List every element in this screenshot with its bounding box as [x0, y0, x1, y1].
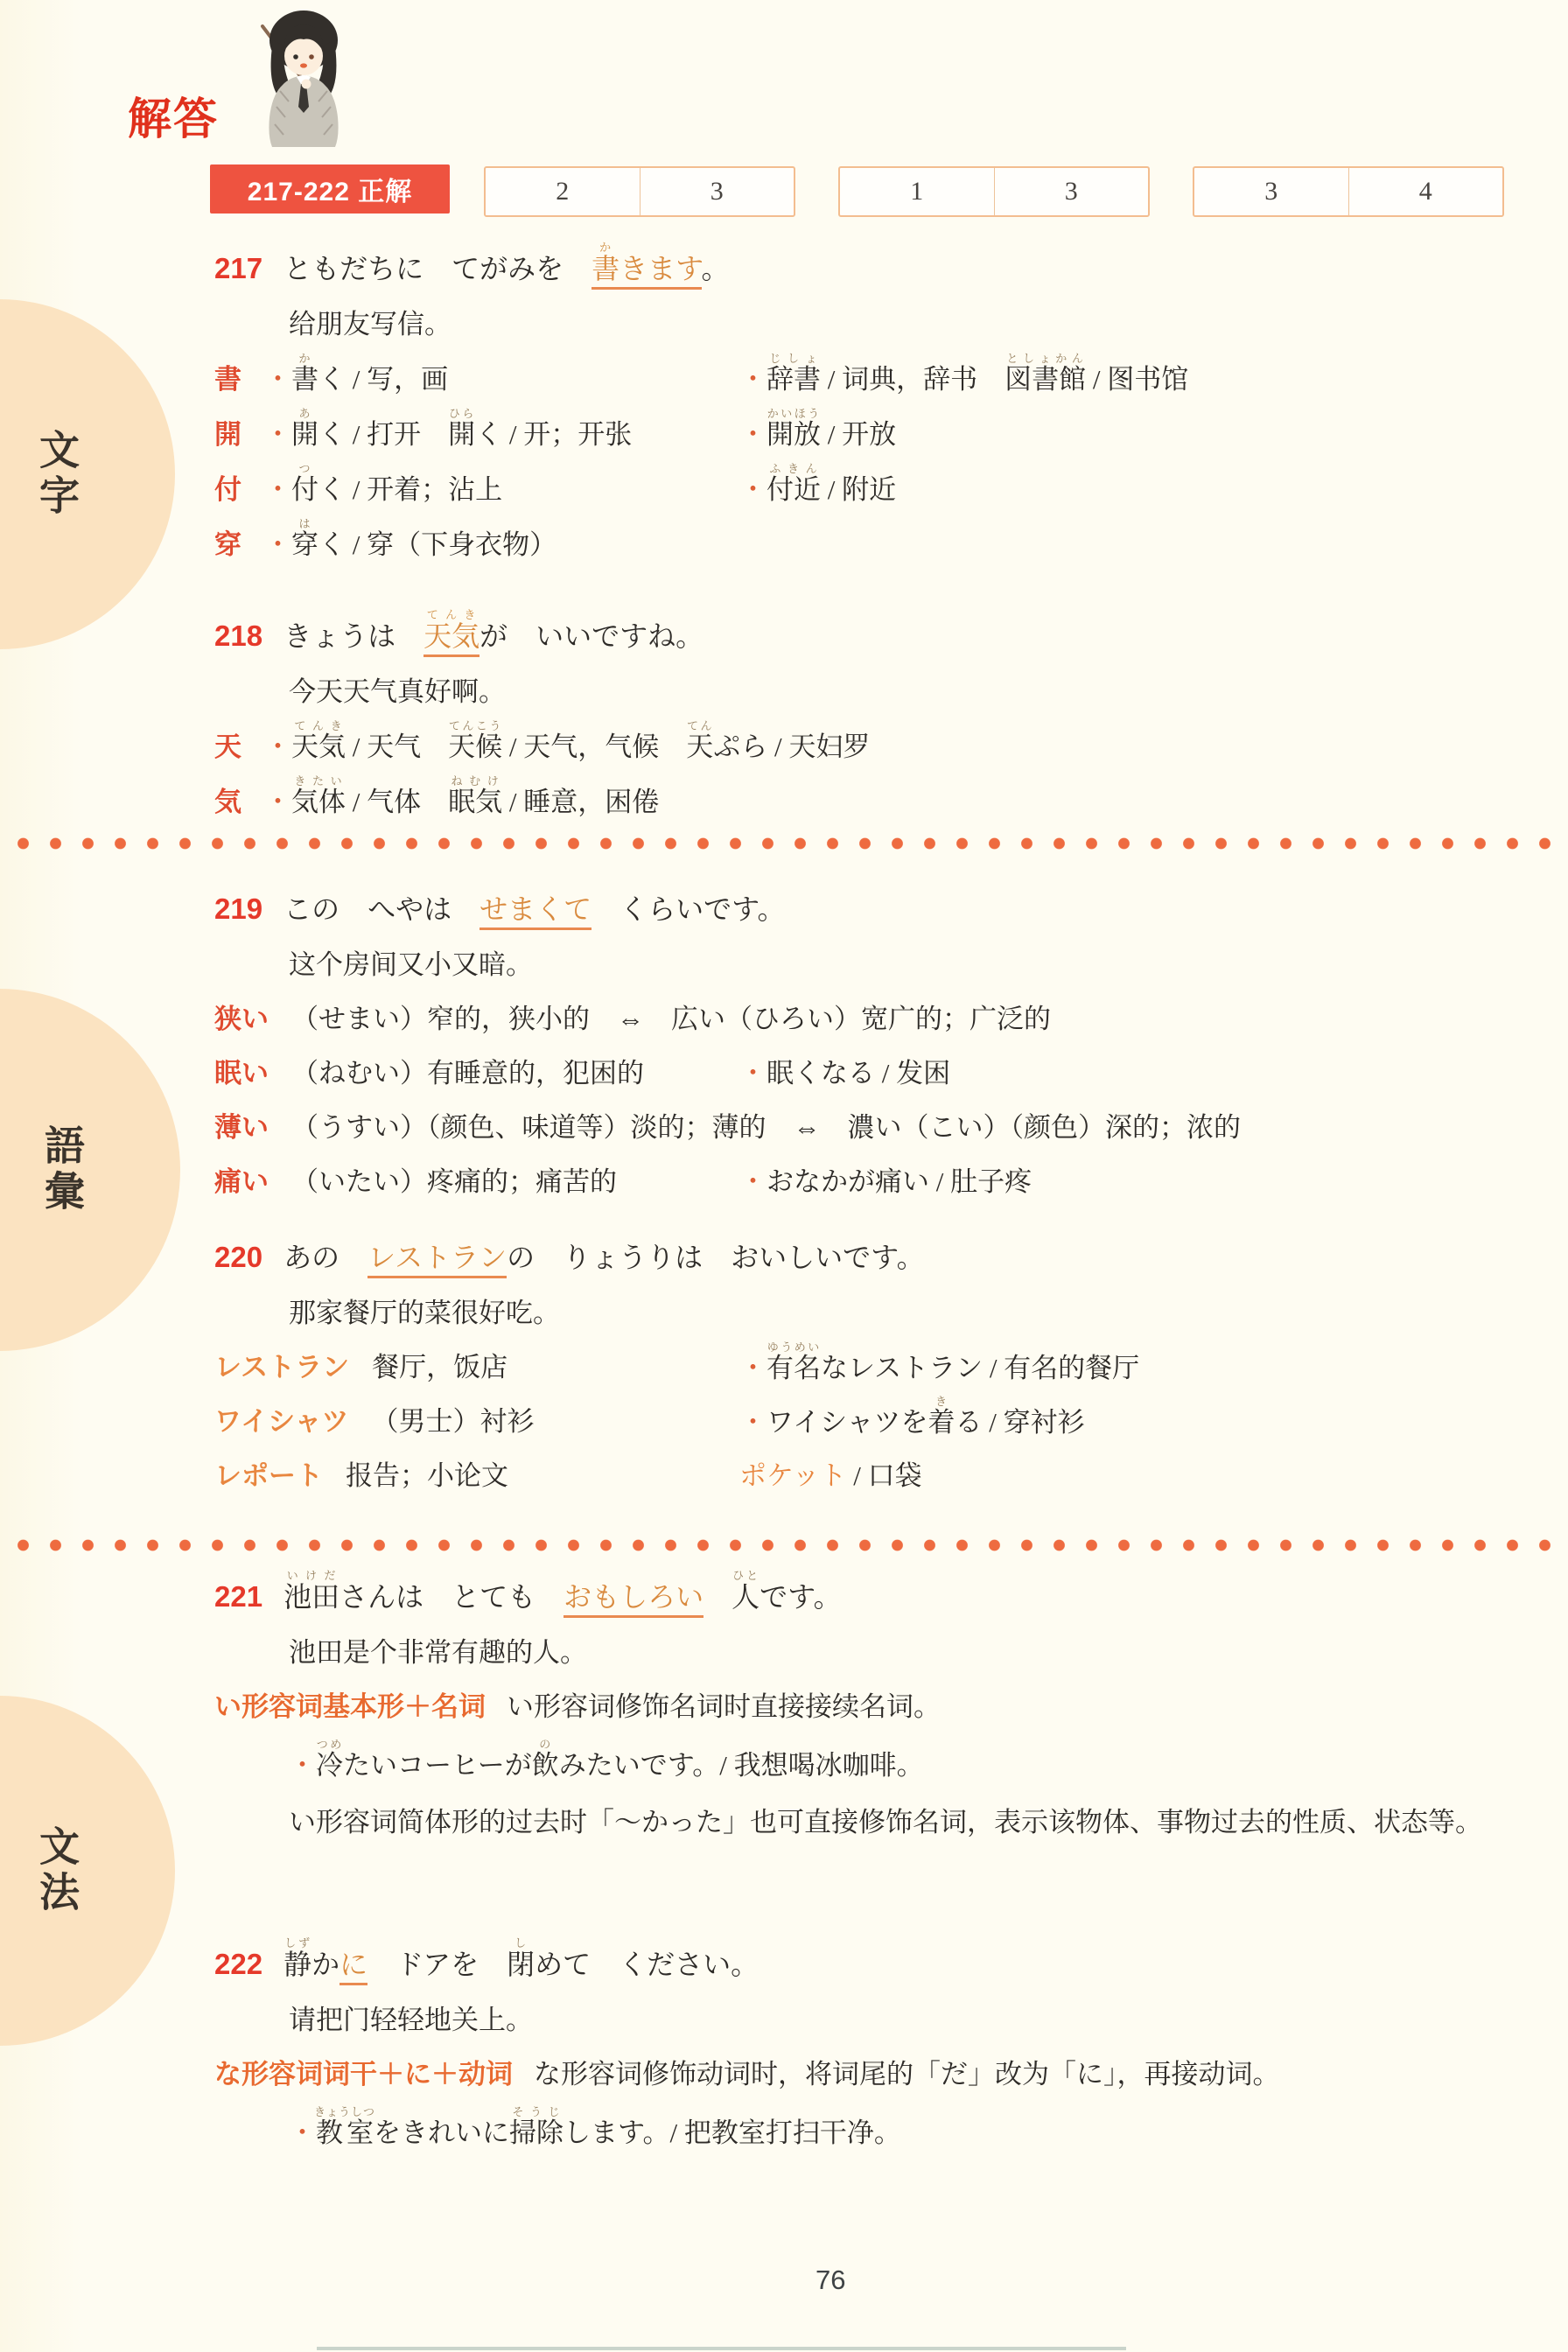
- question-translation: 那家餐厅的菜很好吃。: [289, 1293, 1518, 1333]
- vocab-entry: ・穿はく / 穿（下身衣物）: [264, 529, 556, 560]
- vocab-row: 書・書かく / 写，画・辞書じしょ / 词典，辞书 図書館としょかん / 图书馆: [214, 352, 1518, 407]
- vocab-entry: （ねむい）有睡意的，犯困的: [291, 1058, 644, 1088]
- vocab-entry: ・天気てんき / 天气 天候てんこう / 天气，气候 天てんぷら / 天妇罗: [264, 731, 870, 762]
- question-translation: 池田是个非常有趣的人。: [289, 1633, 1518, 1673]
- question-217: 217ともだちに てがみを 書かきます。给朋友写信。書・書かく / 写，画・辞書…: [214, 234, 1518, 572]
- vocab-entry: ポケット / 口袋: [739, 1449, 922, 1503]
- vocab-entry: ・おなかが痛い / 肚子疼: [739, 1155, 1032, 1209]
- example-sentence: ・冷つめたいコーヒーが飲のみたいです。/ 我想喝冰咖啡。: [289, 1734, 1518, 1797]
- question-number: 222: [214, 1948, 262, 1980]
- vocab-entry: ・付つく / 开着；沾上: [264, 474, 502, 505]
- question-220: 220あの レストランの りょうりは おいしいです。那家餐厅的菜很好吃。レストラ…: [214, 1223, 1518, 1503]
- example-sentence: ・教室きょうしつをきれいに掃除そうじします。/ 把教室打扫干净。: [289, 2102, 1518, 2165]
- vocab-headword: 狭い: [214, 992, 269, 1046]
- vocab-headword: ワイシャツ: [214, 1395, 348, 1449]
- vocab-headword: 気: [214, 775, 241, 829]
- vocab-headword: レストラン: [214, 1340, 349, 1395]
- sidebar-tab-label: 語彙: [33, 1124, 91, 1215]
- vocab-headword: 天: [214, 720, 241, 774]
- vocab-entry: ・有名ゆうめいなレストラン / 有名的餐厅: [739, 1340, 1139, 1396]
- vocab-headword: 書: [214, 353, 241, 407]
- question-218: 218きょうは 天気てんきが いいですね。今天天气真好啊。天・天気てんき / 天…: [214, 602, 1518, 829]
- vocab-row: 天・天気てんき / 天气 天候てんこう / 天气，气候 天てんぷら / 天妇罗: [214, 719, 1518, 774]
- question-number: 217: [214, 252, 262, 284]
- question-221: 221池田いけださんは とても おもしろい 人ひとです。池田是个非常有趣的人。い…: [214, 1563, 1518, 1848]
- answer-cell: 3: [995, 168, 1149, 215]
- teacher-illustration: [238, 3, 369, 157]
- question-sentence: 221池田いけださんは とても おもしろい 人ひとです。: [214, 1563, 1518, 1631]
- question-sentence: 218きょうは 天気てんきが いいですね。: [214, 602, 1518, 670]
- vocab-entry: ・開放かいほう / 开放: [739, 407, 896, 462]
- vocab-entry: ・付近ふきん / 附近: [739, 462, 896, 517]
- sentence-text: あの レストランの りょうりは おいしいです。: [283, 1242, 925, 1278]
- vocab-row: 付・付つく / 开着；沾上・付近ふきん / 附近: [214, 462, 1518, 517]
- question-sentence: 219この へやは せまくて くらいです。: [214, 875, 1518, 943]
- vocab-row: 眠い（ねむい）有睡意的，犯困的・眠くなる / 发困: [214, 1046, 1518, 1101]
- page-bottom-mark: [317, 2347, 1126, 2350]
- vocab-row: ワイシャツ（男士）衬衫・ワイシャツを着きる / 穿衬衫: [214, 1395, 1518, 1449]
- answer-cell: 3: [1194, 168, 1349, 215]
- vocab-entry: ・書かく / 写，画: [264, 364, 448, 395]
- answer-cell: 4: [1349, 168, 1503, 215]
- sentence-text: ともだちに てがみを 書かきます。: [283, 253, 730, 290]
- page-number: 76: [815, 2264, 845, 2296]
- sidebar-tab-bunpo: 文法: [0, 1696, 175, 2046]
- vocab-row: 穿・穿はく / 穿（下身衣物）: [214, 517, 1518, 572]
- answer-cell: 1: [840, 168, 995, 215]
- grammar-rule: い形容词基本形＋名词い形容词修饰名词时直接接续名词。: [214, 1680, 1518, 1734]
- vocab-entry: （いたい）疼痛的；痛苦的: [291, 1166, 617, 1197]
- explanation-paragraph: い形容词简体形的过去时「～かった」也可直接修饰名词，表示该物体、事物过去的性质、…: [289, 1797, 1496, 1848]
- vocab-entry: ・開あく / 打开 開ひらく / 开；开张: [264, 419, 632, 450]
- dotted-divider: [0, 833, 1568, 854]
- question-translation: 请把门轻轻地关上。: [289, 2000, 1518, 2040]
- answer-box-1: 2 3: [484, 166, 795, 217]
- vocab-entry: ・眠くなる / 发困: [739, 1046, 950, 1101]
- question-222: 222静しずかに ドアを 閉しめて ください。请把门轻轻地关上。な形容词词干＋に…: [214, 1930, 1518, 2165]
- vocab-row: 気・気体きたい / 气体 眠気ねむけ / 睡意，困倦: [214, 774, 1518, 829]
- sentence-text: この へやは せまくて くらいです。: [283, 893, 785, 930]
- vocab-entry: ・辞書じしょ / 词典，辞书 図書館としょかん / 图书馆: [739, 352, 1188, 407]
- sidebar-tab-moji: 文字: [0, 299, 175, 649]
- vocab-entry: （うすい）（颜色、味道等）淡的；薄的 ⇔ 濃い（こい）（颜色）深的；浓的: [291, 1112, 1241, 1143]
- vocab-entry: ・気体きたい / 气体 眠気ねむけ / 睡意，困倦: [264, 787, 659, 817]
- vocab-headword: 開: [214, 408, 241, 462]
- vocab-headword: 薄い: [214, 1101, 269, 1155]
- grammar-pattern-label: い形容词基本形＋名词: [214, 1691, 486, 1722]
- sidebar-tab-label: 文字: [28, 429, 86, 520]
- grammar-explanation: い形容词修饰名词时直接接续名词。: [507, 1691, 941, 1722]
- vocab-entry: 餐厅，饭店: [372, 1352, 507, 1382]
- vocab-row: 痛い（いたい）疼痛的；痛苦的・おなかが痛い / 肚子疼: [214, 1155, 1518, 1209]
- sentence-text: 静しずかに ドアを 閉しめて ください。: [283, 1949, 759, 1985]
- answer-key-label: 217-222 正解: [210, 164, 450, 213]
- question-translation: 这个房间又小又暗。: [289, 945, 1518, 985]
- vocab-row: 狭い（せまい）窄的，狭小的 ⇔ 広い（ひろい）宽广的；广泛的: [214, 992, 1518, 1046]
- vocab-row: 薄い（うすい）（颜色、味道等）淡的；薄的 ⇔ 濃い（こい）（颜色）深的；浓的: [214, 1101, 1518, 1155]
- vocab-row: レストラン餐厅，饭店・有名ゆうめいなレストラン / 有名的餐厅: [214, 1340, 1518, 1395]
- dotted-divider: [0, 1535, 1568, 1556]
- sentence-text: きょうは 天気てんきが いいですね。: [283, 620, 703, 657]
- grammar-explanation: な形容词修饰动词时，将词尾的「だ」改为「に」，再接动词。: [534, 2059, 1280, 2089]
- question-sentence: 222静しずかに ドアを 閉しめて ください。: [214, 1930, 1518, 1998]
- sidebar-tab-label: 文法: [28, 1825, 86, 1916]
- vocab-entry: （せまい）窄的，狭小的 ⇔ 広い（ひろい）宽广的；广泛的: [291, 1004, 1051, 1034]
- vocab-row: 開・開あく / 打开 開ひらく / 开；开张・開放かいほう / 开放: [214, 407, 1518, 462]
- answer-cell: 3: [640, 168, 794, 215]
- question-number: 218: [214, 619, 262, 652]
- vocab-headword: 穿: [214, 518, 241, 572]
- vocab-headword: レポート: [214, 1449, 323, 1503]
- question-number: 221: [214, 1580, 262, 1613]
- grammar-pattern-label: な形容词词干＋に＋动词: [214, 2059, 513, 2089]
- sidebar-tab-goi: 語彙: [0, 989, 180, 1351]
- answer-box-3: 3 4: [1193, 166, 1504, 217]
- question-translation: 今天天气真好啊。: [289, 672, 1518, 712]
- question-number: 219: [214, 892, 262, 925]
- sentence-text: 池田いけださんは とても おもしろい 人ひとです。: [283, 1581, 842, 1618]
- vocab-row: レポート报告；小论文ポケット / 口袋: [214, 1449, 1518, 1503]
- question-sentence: 220あの レストランの りょうりは おいしいです。: [214, 1223, 1518, 1291]
- answer-box-2: 1 3: [838, 166, 1150, 217]
- question-219: 219この へやは せまくて くらいです。这个房间又小又暗。狭い（せまい）窄的，…: [214, 875, 1518, 1209]
- question-sentence: 217ともだちに てがみを 書かきます。: [214, 234, 1518, 303]
- vocab-headword: 痛い: [214, 1155, 269, 1209]
- question-number: 220: [214, 1241, 262, 1273]
- grammar-rule: な形容词词干＋に＋动词な形容词修饰动词时，将词尾的「だ」改为「に」，再接动词。: [214, 2047, 1518, 2102]
- textbook-page: 解答 217-222 正解 2 3 1 3 3 4 文: [0, 0, 1568, 2352]
- page-title: 解答: [128, 84, 219, 147]
- question-translation: 给朋友写信。: [289, 304, 1518, 345]
- vocab-entry: ・ワイシャツを着きる / 穿衬衫: [739, 1395, 1085, 1450]
- vocab-entry: 报告；小论文: [346, 1460, 508, 1491]
- answer-cell: 2: [486, 168, 640, 215]
- vocab-headword: 眠い: [214, 1046, 269, 1101]
- vocab-entry: （男士）衬衫: [371, 1406, 534, 1437]
- vocab-headword: 付: [214, 463, 241, 517]
